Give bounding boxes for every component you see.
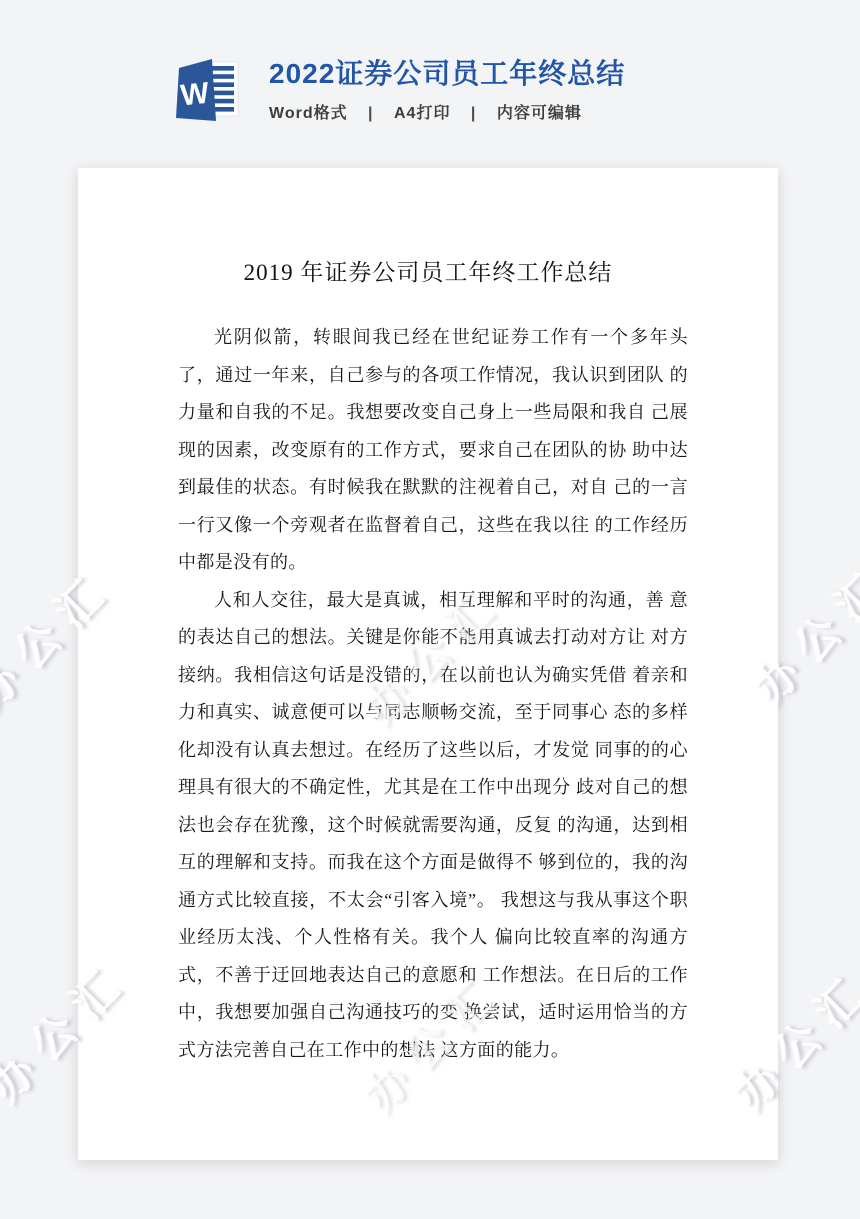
template-preview-page: { "header": { "title": "2022证券公司员工年终总结",…	[0, 0, 860, 1219]
format-a4-label: A4打印	[394, 105, 450, 122]
header-text-block: 2022证券公司员工年终总结 Word格式 | A4打印 | 内容可编辑	[269, 56, 625, 123]
word-icon-letter: W	[179, 77, 211, 113]
template-header: W 2022证券公司员工年终总结 Word格式 | A4打印 | 内容可编辑	[164, 56, 625, 128]
format-editable-label: 内容可编辑	[497, 105, 582, 122]
separator-pipe: |	[368, 105, 373, 122]
document-page: 2019 年证券公司员工年终工作总结 光阴似箭，转眼间我已经在世纪证券工作有一个…	[78, 168, 778, 1160]
document-title: 2019 年证券公司员工年终工作总结	[78, 254, 778, 287]
page-title: 2022证券公司员工年终总结	[269, 58, 625, 90]
word-icon: W	[164, 56, 242, 128]
separator-pipe: |	[471, 105, 476, 122]
document-body: 光阴似箭，转眼间我已经在世纪证券工作有一个多年头 了，通过一年来，自己参与的各项…	[178, 319, 688, 1069]
format-info: Word格式 | A4打印 | 内容可编辑	[269, 100, 625, 123]
format-word-label: Word格式	[269, 105, 348, 122]
document-paragraph: 光阴似箭，转眼间我已经在世纪证券工作有一个多年头 了，通过一年来，自己参与的各项…	[178, 319, 688, 582]
document-paragraph: 人和人交往，最大是真诚，相互理解和平时的沟通，善 意的表达自己的想法。关键是你能…	[178, 582, 688, 1070]
